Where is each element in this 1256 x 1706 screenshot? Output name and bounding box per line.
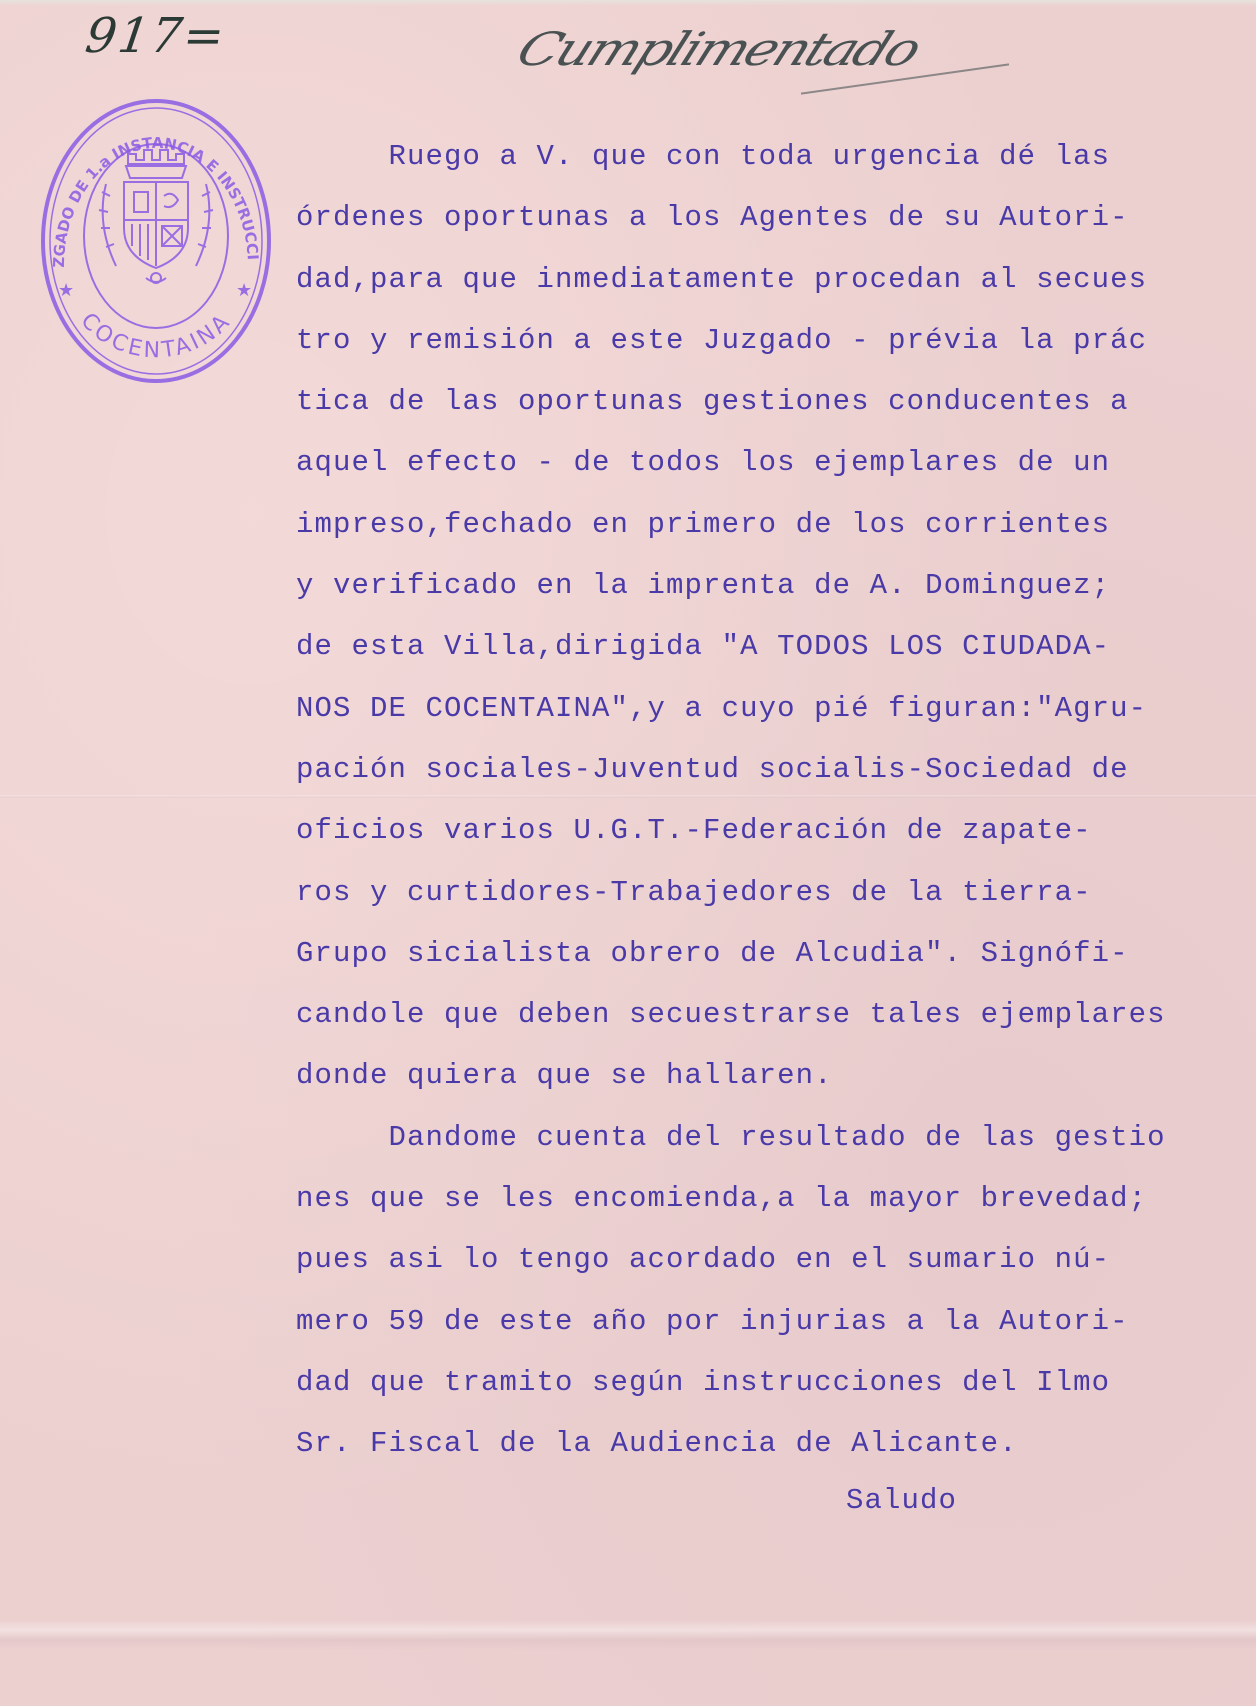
closing-salutation: Saludo [846, 1484, 957, 1517]
stamp-bottom-text: COCENTAINA [76, 308, 237, 363]
letter-body: Ruego a V. que con toda urgencia dé lasó… [296, 126, 1256, 1475]
body-line: Grupo sicialista obrero de Alcudia". Sig… [296, 923, 1256, 984]
coat-of-arms-icon [99, 150, 213, 283]
svg-text:★: ★ [58, 280, 74, 301]
signature: Cumplimentado [509, 23, 927, 77]
body-line: de esta Villa,dirigida "A TODOS LOS CIUD… [296, 616, 1256, 677]
body-line: tica de las oportunas gestiones conducen… [296, 371, 1256, 432]
body-line: y verificado en la imprenta de A. Doming… [296, 555, 1256, 616]
paper-crease [0, 1620, 1256, 1650]
body-line: tro y remisión a este Juzgado - prévia l… [296, 310, 1256, 371]
body-line: ros y curtidores-Trabajedores de la tier… [296, 862, 1256, 923]
body-line: impreso,fechado en primero de los corrie… [296, 494, 1256, 555]
body-line: aquel efecto - de todos los ejemplares d… [296, 432, 1256, 493]
body-line: mero 59 de este año por injurias a la Au… [296, 1291, 1256, 1352]
court-stamp: JUZGADO DE 1.a INSTANCIA E INSTRUCCION C… [36, 96, 276, 386]
body-line: Ruego a V. que con toda urgencia dé las [296, 126, 1256, 187]
body-line: dad,para que inmediatamente procedan al … [296, 249, 1256, 310]
body-line: nes que se les encomienda,a la mayor bre… [296, 1168, 1256, 1229]
body-line: oficios varios U.G.T.-Federación de zapa… [296, 800, 1256, 861]
body-line: Dandome cuenta del resultado de las gest… [296, 1107, 1256, 1168]
body-line: donde quiera que se hallaren. [296, 1045, 1256, 1106]
body-line: pues asi lo tengo acordado en el sumario… [296, 1229, 1256, 1290]
file-number: 917= [82, 8, 230, 64]
body-line: NOS DE COCENTAINA",y a cuyo pié figuran:… [296, 678, 1256, 739]
body-line: órdenes oportunas a los Agentes de su Au… [296, 187, 1256, 248]
svg-text:COCENTAINA: COCENTAINA [76, 308, 237, 363]
paper-top-edge [0, 0, 1256, 6]
body-line: pación sociales-Juventud socialis-Socied… [296, 739, 1256, 800]
svg-text:★: ★ [236, 280, 252, 301]
body-line: candole que deben secuestrarse tales eje… [296, 984, 1256, 1045]
body-line: dad que tramito según instrucciones del … [296, 1352, 1256, 1413]
body-line: Sr. Fiscal de la Audiencia de Alicante. [296, 1413, 1256, 1474]
